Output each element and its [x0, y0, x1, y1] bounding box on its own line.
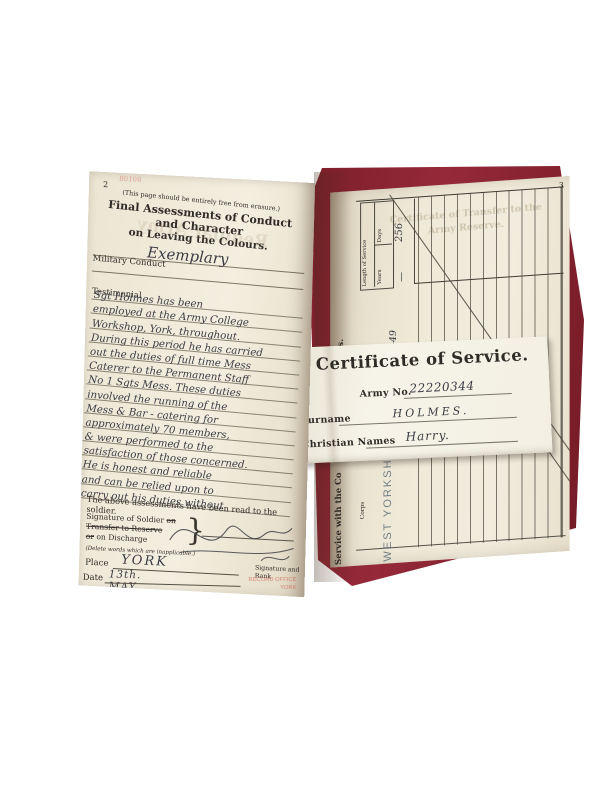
- years-header: Years: [377, 247, 383, 285]
- record-office-stamp: RECORD OFFICE YORK: [196, 576, 296, 593]
- place-label: Place: [85, 558, 109, 569]
- corps-header: Corps: [360, 475, 366, 520]
- photo-backdrop: 3 Certificate of Transfer to the Army Re…: [0, 0, 600, 800]
- christian-names-label: Christian Names: [302, 435, 396, 450]
- testimonial-block: Testimonial Sgt Holmes has been employed…: [79, 286, 304, 517]
- years-value: —: [396, 249, 407, 282]
- discharge-label: on Discharge: [96, 532, 147, 544]
- place-row: Place YORK: [85, 558, 109, 569]
- signature-of-soldier-block: Signature of Soldier on Transfer to Rese…: [86, 512, 176, 546]
- certificate-slip: Certificate of Service. Army No. 2222034…: [295, 336, 552, 463]
- left-page: 2 80108 (This page should be entirely fr…: [79, 171, 316, 597]
- days-header: Days: [377, 205, 383, 243]
- date-row: Date 13th. MAY. 1949.: [83, 573, 103, 584]
- ruled-line: [92, 271, 303, 290]
- struck-or-label: or: [86, 531, 94, 540]
- date-label: Date: [83, 573, 103, 584]
- ghost-red-digits: 80108: [119, 175, 141, 184]
- army-no-value: 22220344: [409, 379, 475, 396]
- values-rule: [414, 199, 415, 283]
- surname-value: HOLMES.: [392, 404, 469, 420]
- christian-names-value: Harry.: [405, 428, 450, 444]
- length-of-service-header: Length of Service: [362, 204, 368, 287]
- place-value: YORK: [121, 552, 168, 569]
